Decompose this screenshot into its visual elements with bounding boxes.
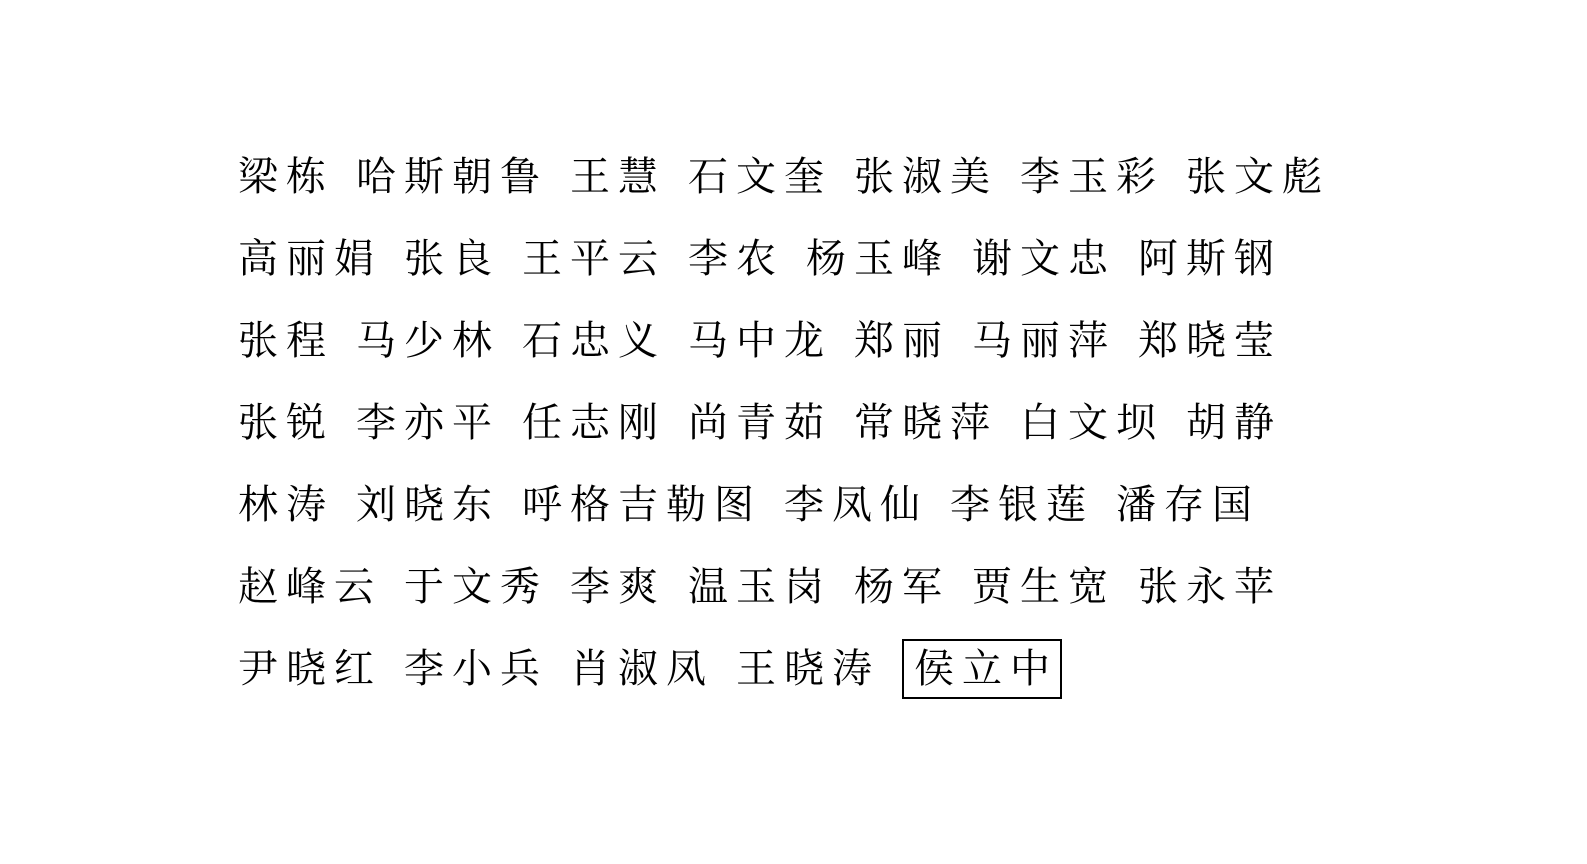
name-item[interactable]: 白文坝	[1020, 399, 1164, 447]
name-item[interactable]: 李爽	[570, 563, 666, 611]
name-row: 张锐李亦平任志刚尚青茹常晓萍白文坝胡静	[238, 382, 1418, 464]
name-item[interactable]: 高丽娟	[238, 235, 382, 283]
name-item[interactable]: 张文彪	[1186, 153, 1330, 201]
name-row: 尹晓红李小兵肖淑凤王晓涛侯立中	[238, 628, 1418, 710]
name-item[interactable]: 李农	[688, 235, 784, 283]
name-item[interactable]: 张锐	[238, 399, 334, 447]
name-item[interactable]: 呼格吉勒图	[522, 481, 762, 529]
name-item[interactable]: 梁栋	[238, 153, 334, 201]
name-item[interactable]: 马中龙	[688, 317, 832, 365]
name-item[interactable]: 赵峰云	[238, 563, 382, 611]
name-item[interactable]: 石文奎	[688, 153, 832, 201]
name-item[interactable]: 张程	[238, 317, 334, 365]
name-item[interactable]: 贾生宽	[972, 563, 1116, 611]
name-item[interactable]: 谢文忠	[972, 235, 1116, 283]
name-item[interactable]: 潘存国	[1116, 481, 1260, 529]
name-item[interactable]: 张永苹	[1138, 563, 1282, 611]
name-item[interactable]: 王平云	[522, 235, 666, 283]
name-item[interactable]: 马少林	[356, 317, 500, 365]
name-item[interactable]: 尚青茹	[688, 399, 832, 447]
name-item[interactable]: 石忠义	[522, 317, 666, 365]
name-item-selected[interactable]: 侯立中	[902, 639, 1062, 699]
name-item[interactable]: 常晓萍	[854, 399, 998, 447]
name-item[interactable]: 郑丽	[854, 317, 950, 365]
name-item[interactable]: 王慧	[570, 153, 666, 201]
name-row: 赵峰云于文秀李爽温玉岗杨军贾生宽张永苹	[238, 546, 1418, 628]
name-row: 梁栋哈斯朝鲁王慧石文奎张淑美李玉彩张文彪	[238, 136, 1418, 218]
name-item[interactable]: 尹晓红	[238, 645, 382, 693]
name-item[interactable]: 李凤仙	[784, 481, 928, 529]
name-item[interactable]: 李玉彩	[1020, 153, 1164, 201]
name-row: 林涛刘晓东呼格吉勒图李凤仙李银莲潘存国	[238, 464, 1418, 546]
name-item[interactable]: 马丽萍	[972, 317, 1116, 365]
name-item[interactable]: 林涛	[238, 481, 334, 529]
name-item[interactable]: 郑晓莹	[1138, 317, 1282, 365]
name-item[interactable]: 温玉岗	[688, 563, 832, 611]
name-item[interactable]: 张淑美	[854, 153, 998, 201]
name-item[interactable]: 张良	[404, 235, 500, 283]
name-item[interactable]: 刘晓东	[356, 481, 500, 529]
name-list: 梁栋哈斯朝鲁王慧石文奎张淑美李玉彩张文彪高丽娟张良王平云李农杨玉峰谢文忠阿斯钢张…	[238, 136, 1418, 710]
name-item[interactable]: 杨玉峰	[806, 235, 950, 283]
name-item[interactable]: 肖淑凤	[570, 645, 714, 693]
name-item[interactable]: 哈斯朝鲁	[356, 153, 548, 201]
name-item[interactable]: 李亦平	[356, 399, 500, 447]
document-page: 梁栋哈斯朝鲁王慧石文奎张淑美李玉彩张文彪高丽娟张良王平云李农杨玉峰谢文忠阿斯钢张…	[0, 0, 1587, 864]
name-row: 张程马少林石忠义马中龙郑丽马丽萍郑晓莹	[238, 300, 1418, 382]
name-item[interactable]: 杨军	[854, 563, 950, 611]
name-item[interactable]: 王晓涛	[736, 645, 880, 693]
name-item[interactable]: 李银莲	[950, 481, 1094, 529]
name-item[interactable]: 胡静	[1186, 399, 1282, 447]
name-item[interactable]: 阿斯钢	[1138, 235, 1282, 283]
name-item[interactable]: 李小兵	[404, 645, 548, 693]
name-row: 高丽娟张良王平云李农杨玉峰谢文忠阿斯钢	[238, 218, 1418, 300]
name-item[interactable]: 任志刚	[522, 399, 666, 447]
name-item[interactable]: 于文秀	[404, 563, 548, 611]
